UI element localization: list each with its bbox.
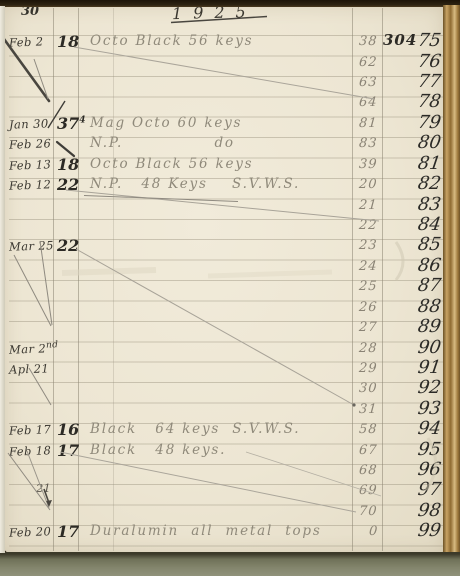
desk-surface — [0, 552, 460, 576]
machine-number: 20 — [359, 177, 379, 192]
serial-number: 87 — [417, 275, 443, 296]
serial-number: 96 — [417, 459, 443, 480]
entry-date: Feb 26 — [9, 137, 52, 152]
serial-number: 97 — [417, 479, 443, 500]
machine-number: 83 — [359, 136, 379, 151]
serial-number: 76 — [417, 51, 443, 72]
ledger-row: 6896 — [0, 459, 460, 480]
ledger-row: Feb 1817Black 48 keys.6795 — [0, 439, 460, 460]
machine-number: 69 — [359, 483, 379, 498]
machine-number: 81 — [359, 116, 379, 131]
entry-date: Feb 18 — [9, 443, 52, 458]
serial-number: 99 — [417, 520, 443, 541]
serial-number: 83 — [417, 194, 443, 215]
serial-number: 84 — [417, 214, 443, 235]
entry-date: Mar 25 — [9, 239, 54, 255]
machine-number: 21 — [359, 198, 379, 213]
ledger-row: 6276 — [0, 51, 460, 72]
ledger-row: 7098 — [0, 500, 460, 521]
ledger-row: 2587 — [0, 275, 460, 296]
entry-number: 18 — [57, 32, 79, 51]
entry-date: Feb 20 — [9, 525, 52, 540]
entry-description: N.P. 48 Keys S.V.W.S. — [90, 176, 300, 192]
entry-number: 17 — [57, 441, 79, 460]
entry-date: Apl 21 — [9, 361, 50, 376]
machine-number: 38 — [359, 34, 379, 49]
serial-number: 75 — [417, 30, 443, 51]
ledger-row: 2284 — [0, 214, 460, 235]
serial-number: 95 — [417, 439, 443, 460]
ledger-row: Feb 1318Octo Black 56 keys3981 — [0, 153, 460, 174]
ledger-row: Feb 26N.P. do8380 — [0, 132, 460, 153]
entry-description: Mag Octo 60 keys — [90, 115, 242, 131]
serial-number: 91 — [417, 357, 443, 378]
entry-date: Jan 30 — [9, 116, 49, 131]
number-superscript: 4 — [79, 116, 85, 126]
ledger-row: Mar 2nd2890 — [0, 337, 460, 358]
machine-number: 26 — [359, 300, 379, 315]
entry-number: 22 — [57, 175, 79, 194]
machine-number: 23 — [359, 238, 379, 253]
entry-description: Duralumin all metal tops — [90, 523, 322, 539]
date-superscript: nd — [46, 340, 59, 350]
ledger-row: 6377 — [0, 71, 460, 92]
entry-number: 374 — [57, 114, 86, 133]
ledger-row: Mar 25222385 — [0, 234, 460, 255]
machine-number: 30 — [359, 381, 379, 396]
ledger-row: Feb 2017Duralumin all metal tops099 — [0, 520, 460, 541]
machine-number: 24 — [359, 259, 379, 274]
serial-number: 80 — [417, 132, 443, 153]
serial-number: 77 — [417, 71, 443, 92]
entry-date: Feb 13 — [9, 157, 52, 172]
serial-number: 92 — [417, 377, 443, 398]
machine-number: 58 — [359, 422, 379, 437]
entry-description: Octo Black 56 keys — [90, 156, 253, 172]
machine-number: 22 — [359, 218, 379, 233]
ledger-row: Jan 30374Mag Octo 60 keys8179 — [0, 112, 460, 133]
serial-number: 82 — [417, 173, 443, 194]
machine-number: 63 — [359, 75, 379, 90]
ledger-row: Feb 1716Black 64 keys S.V.W.S.5894 — [0, 418, 460, 439]
serial-number: 86 — [417, 255, 443, 276]
serial-number: 79 — [417, 112, 443, 133]
entry-number: 18 — [57, 155, 79, 174]
entry-description: Black 48 keys. — [90, 442, 226, 458]
machine-number: 70 — [359, 504, 379, 519]
scanned-ledger-page: 1925 30 Feb 218Octo Black 56 keys3830475… — [0, 0, 460, 576]
machine-number: 28 — [359, 341, 379, 356]
entry-number: 16 — [57, 420, 79, 439]
ledger-row: 3193 — [0, 398, 460, 419]
ledger-row: 2183 — [0, 194, 460, 215]
ledger-row: 2486 — [0, 255, 460, 276]
ledger-row: Feb 1222N.P. 48 Keys S.V.W.S.2082 — [0, 173, 460, 194]
serial-number: 90 — [417, 337, 443, 358]
ledger-row: Feb 218Octo Black 56 keys3830475 — [0, 30, 460, 51]
machine-number: 0 — [368, 524, 378, 539]
serial-number: 94 — [417, 418, 443, 439]
book-page-block-edge — [443, 5, 460, 555]
serial-number: 85 — [417, 234, 443, 255]
entry-description: Black 64 keys S.V.W.S. — [90, 421, 300, 437]
serial-number: 81 — [417, 153, 443, 174]
serial-prefix: 304 — [383, 31, 417, 49]
margin-note: 21 — [36, 481, 51, 495]
ledger-row: Apl 212991 — [0, 357, 460, 378]
machine-number: 31 — [359, 402, 379, 417]
entry-date: Feb 17 — [9, 422, 52, 437]
serial-number: 88 — [417, 296, 443, 317]
ledger-rows: Feb 218Octo Black 56 keys383047562766377… — [0, 0, 460, 576]
machine-number: 68 — [359, 463, 379, 478]
machine-number: 39 — [359, 157, 379, 172]
page-edge-left — [0, 6, 5, 553]
entry-date: Mar 2nd — [9, 340, 59, 357]
entry-date: Feb 12 — [9, 177, 52, 192]
serial-number: 98 — [417, 500, 443, 521]
serial-number: 78 — [417, 91, 443, 112]
machine-number: 67 — [359, 443, 379, 458]
entry-number: 22 — [57, 236, 79, 255]
ledger-row: 3092 — [0, 377, 460, 398]
machine-number: 29 — [359, 361, 379, 376]
entry-number: 17 — [57, 522, 79, 541]
cover-edge-top — [0, 0, 460, 7]
serial-number: 93 — [417, 398, 443, 419]
ledger-row: 2789 — [0, 316, 460, 337]
serial-number: 89 — [417, 316, 443, 337]
ledger-row: 2688 — [0, 296, 460, 317]
machine-number: 64 — [359, 95, 379, 110]
machine-number: 27 — [359, 320, 379, 335]
machine-number: 62 — [359, 55, 379, 70]
entry-description: Octo Black 56 keys — [90, 33, 253, 49]
ledger-row: 6478 — [0, 91, 460, 112]
machine-number: 25 — [359, 279, 379, 294]
entry-description: N.P. do — [90, 135, 235, 151]
entry-date: Feb 2 — [9, 35, 44, 50]
ledger-row: 216997 — [0, 479, 460, 500]
